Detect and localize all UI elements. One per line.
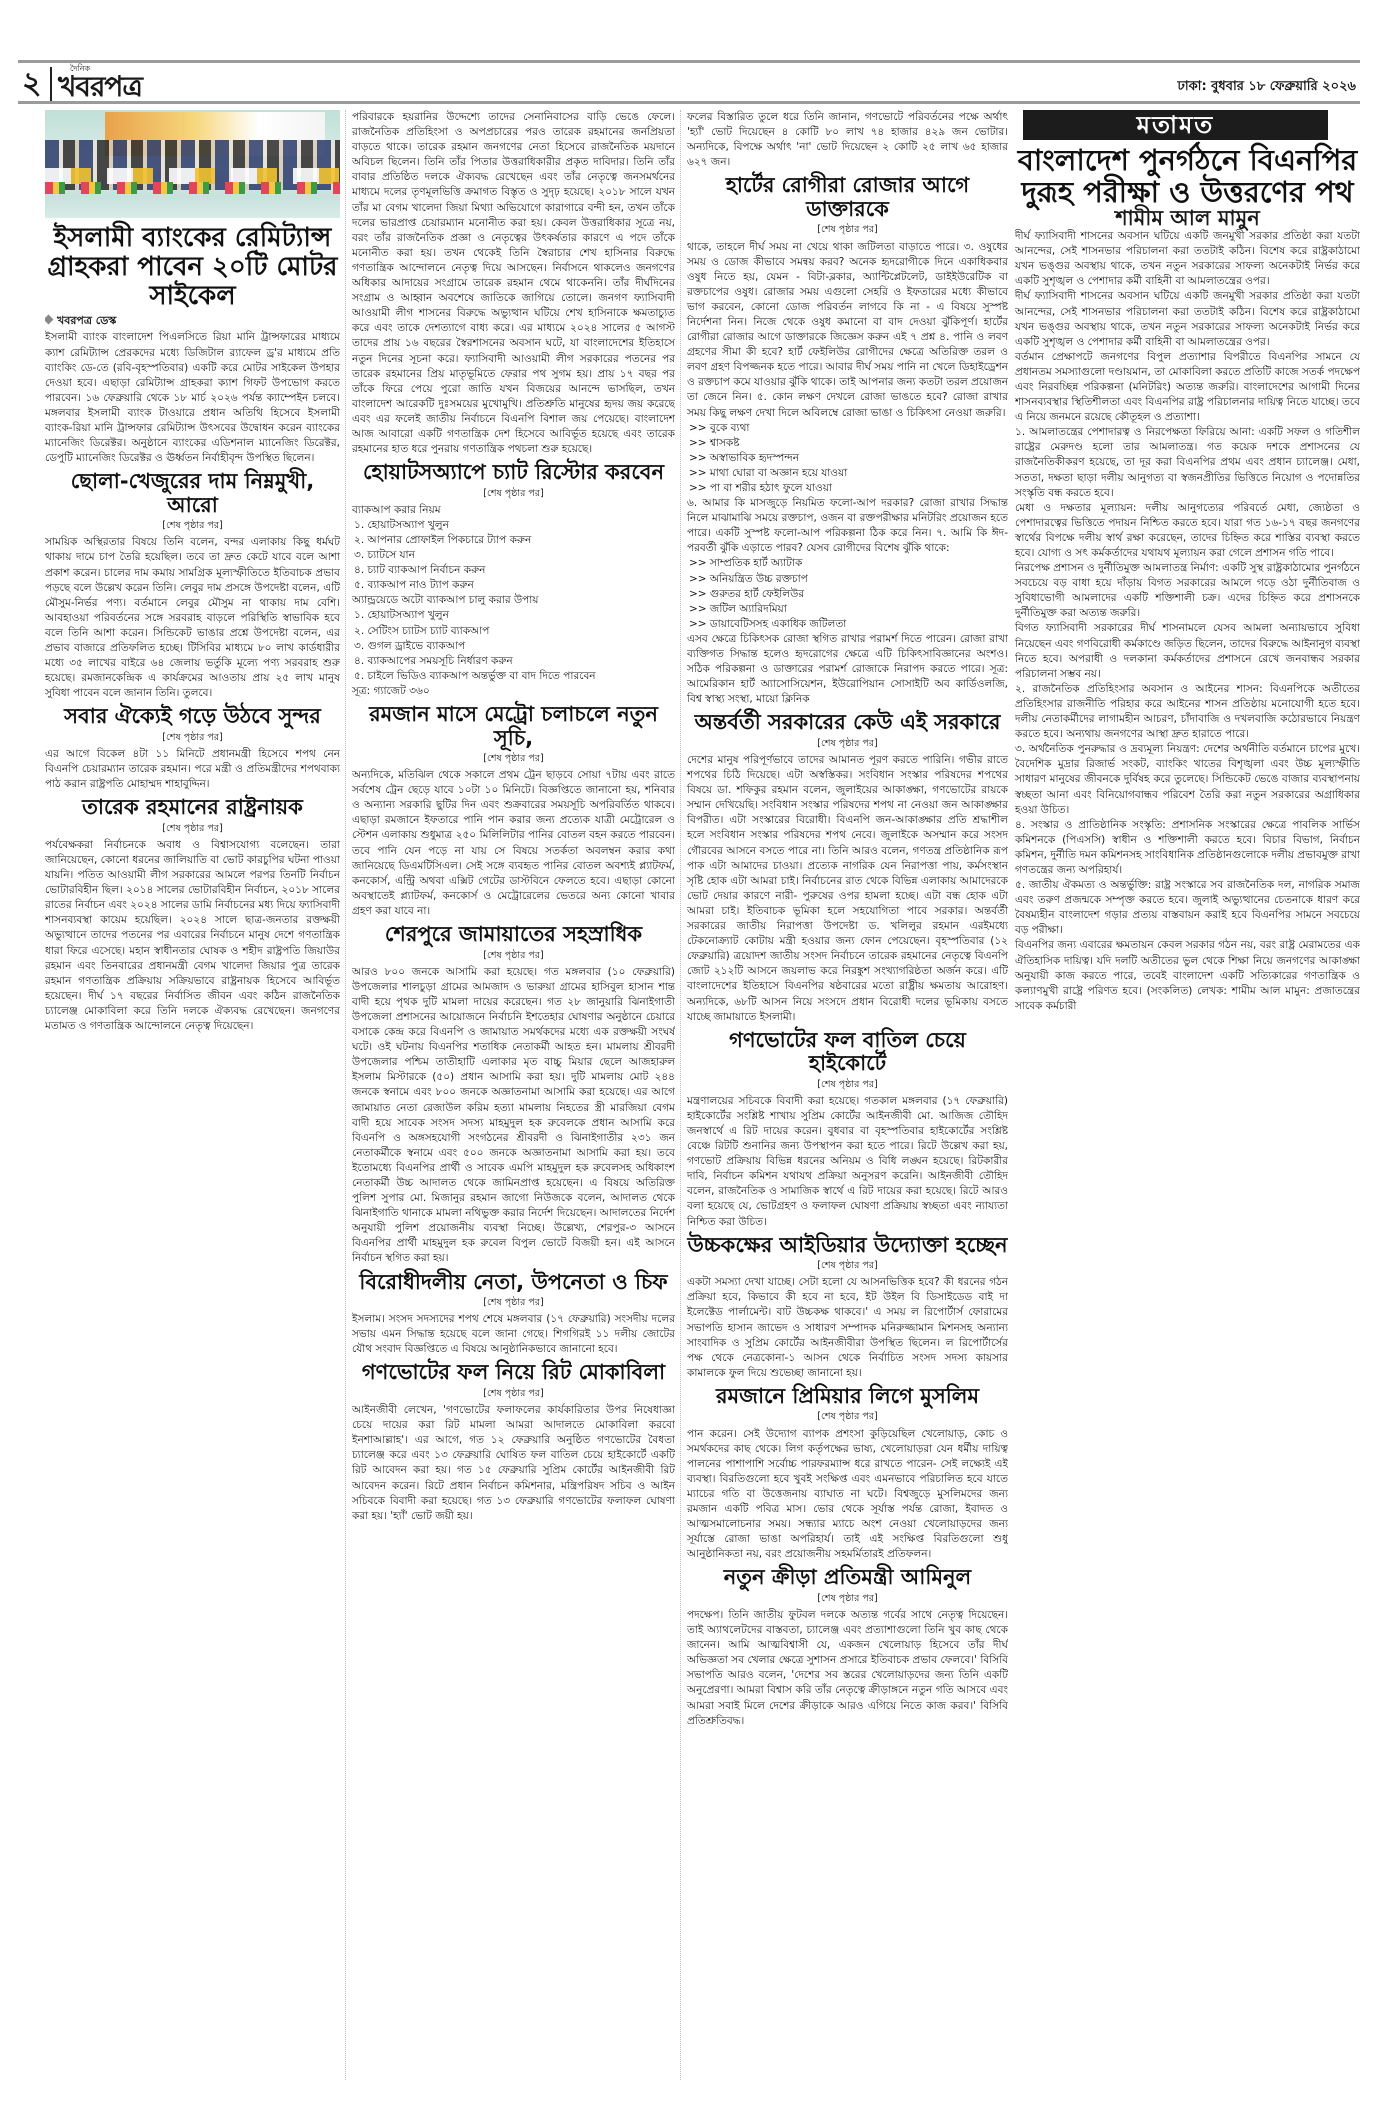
newspaper-logo[interactable]: খবরপত্র bbox=[58, 71, 142, 103]
column-2: পরিবারকে হয়রানির উদ্দেশ্যে তাদের সেনানি… bbox=[345, 110, 675, 2080]
article-body: মন্ত্রণালয়ের সচিবকে বিবাদী করা হয়েছে। … bbox=[687, 1094, 1008, 1230]
list-title: ব্যাকআপ করার নিয়ম bbox=[352, 503, 675, 518]
article-headline[interactable]: গণভোটের ফল নিয়ে রিট মোকাবিলা bbox=[352, 1361, 675, 1385]
article-headline[interactable]: হার্টের রোগীরা রোজার আগে ডাক্তারকে bbox=[687, 174, 1008, 221]
source-note: সূত্র: গ্যাজেট ৩৬০ bbox=[352, 684, 675, 699]
opinion-paragraph: ২. রাজনৈতিক প্রতিহিংসার অবসান ও আইনের শা… bbox=[1015, 682, 1360, 742]
article-body: ৬. আমার কি মাসজুড়ে নিয়মিত ফলো-আপ দরকার… bbox=[687, 496, 1008, 556]
article-body: সাময়িক অস্থিরতার বিষয়ে তিনি বলেন, বন্দ… bbox=[45, 535, 340, 701]
article-headline[interactable]: নতুন ক্রীড়া প্রতিমন্ত্রী আমিনুল bbox=[687, 1566, 1008, 1590]
column-3: ফলের বিস্তারিত তুলে ধরে তিনি জানান, গণভো… bbox=[680, 110, 1008, 2080]
continued-label: [শেষ পৃষ্ঠার পর] bbox=[352, 486, 675, 501]
opinion-paragraph: ৫. জাতীয় ঐকমত্য ও অন্তর্ভুক্তি: রাষ্ট্র… bbox=[1015, 878, 1360, 938]
news-photo[interactable] bbox=[45, 110, 340, 218]
article-sports-minister: নতুন ক্রীড়া প্রতিমন্ত্রী আমিনুল [শেষ পৃ… bbox=[687, 1566, 1008, 1728]
continued-label: [শেষ পৃষ্ঠার পর] bbox=[352, 948, 675, 963]
list-item: ১. হোয়াটসঅ্যাপ খুলুন bbox=[352, 518, 675, 533]
list-item: ৫. ব্যাকআপ নাও ট্যাপ করুন bbox=[352, 578, 675, 593]
article-body: এর আগে বিকেল ৪টা ১১ মিনিটে প্রধানমন্ত্রী… bbox=[45, 747, 340, 792]
article-headline[interactable]: উচ্চকক্ষের আইডিয়ার উদ্যোক্তা হচ্ছেন bbox=[687, 1234, 1008, 1258]
dateline: ঢাকা: বুধবার ১৮ ফেব্রুয়ারি ২০২৬ bbox=[1177, 77, 1356, 98]
article-headline[interactable]: রমজানে প্রিমিয়ার লিগে মুসলিম bbox=[687, 1385, 1008, 1409]
article-opposition-leader: বিরোধীদলীয় নেতা, উপনেতা ও চিফ [শেষ পৃষ্… bbox=[352, 1271, 675, 1358]
list-item: ৪. ব্যাকআপের সময়সূচি নির্ধারণ করুন bbox=[352, 654, 675, 669]
list-item: ৩. চ্যাটসে যান bbox=[352, 548, 675, 563]
continued-body: ফলের বিস্তারিত তুলে ধরে তিনি জানান, গণভো… bbox=[687, 110, 1008, 170]
continued-label: [শেষ পৃষ্ঠার পর] bbox=[687, 1409, 1008, 1424]
opinion-paragraph: মেধা ও দক্ষতার মূল্যায়ন: দলীয় আনুগত্যে… bbox=[1015, 501, 1360, 561]
masthead: ২ দৈনিক খবরপত্র ঢাকা: বুধবার ১৮ ফেব্রুয়… bbox=[18, 60, 1360, 104]
list-item: >> মাথা ঘোরা বা অজ্ঞান হয়ে যাওয়া bbox=[687, 466, 1008, 481]
article-referendum-writ: গণভোটের ফল নিয়ে রিট মোকাবিলা [শেষ পৃষ্ঠ… bbox=[352, 1361, 675, 1523]
article-premier-league: রমজানে প্রিমিয়ার লিগে মুসলিম [শেষ পৃষ্ঠ… bbox=[687, 1385, 1008, 1562]
article-body: আরও ৮০০ জনকে আসামি করা হয়েছে। গত মঙ্গলব… bbox=[352, 965, 675, 1267]
continued-label: [শেষ পৃষ্ঠার পর] bbox=[352, 751, 675, 766]
article-body: পদক্ষেপ। তিনি জাতীয় ফুটবল দলকে অত্যন্ত … bbox=[687, 1608, 1008, 1729]
article-body: একটা সমস্যা দেখা যাচ্ছে। সেটা হলো যে আসন… bbox=[687, 1275, 1008, 1381]
article-headline[interactable]: ছোলা-খেজুরের দাম নিম্নমুখী, আরো bbox=[45, 470, 340, 517]
continued-label: [শেষ পৃষ্ঠার পর] bbox=[352, 1386, 675, 1401]
article-headline[interactable]: রমজান মাসে মেট্রো চলাচলে নতুন সূচি, bbox=[352, 703, 675, 750]
byline-text: খবরপত্র ডেস্ক bbox=[57, 314, 116, 327]
article-body: এসব ক্ষেত্রে চিকিৎসক রোজা স্থগিত রাখার প… bbox=[687, 632, 1008, 707]
page-number: ২ bbox=[22, 67, 42, 101]
article-heart-patients: হার্টের রোগীরা রোজার আগে ডাক্তারকে [শেষ … bbox=[687, 174, 1008, 707]
article-highcourt-referendum: গণভোটের ফল বাতিল চেয়ে হাইকোর্টে [শেষ পৃ… bbox=[687, 1029, 1008, 1230]
opinion-paragraph: ১. আমলাতন্ত্রের পেশাদারত্ব ও নিরপেক্ষতা … bbox=[1015, 425, 1360, 500]
article-headline[interactable]: হোয়াটসঅ্যাপে চ্যাট রিস্টোর করবেন bbox=[352, 461, 675, 485]
list-title: অ্যান্ড্রয়েডে অটো ব্যাকআপ চালু করার উপা… bbox=[352, 593, 675, 608]
article-headline[interactable]: গণভোটের ফল বাতিল চেয়ে হাইকোর্টে bbox=[687, 1029, 1008, 1076]
opinion-paragraph: নিরপেক্ষ প্রশাসন ও দুর্নীতিমুক্ত আমলাতন্… bbox=[1015, 561, 1360, 621]
article-headline[interactable]: বিরোধীদলীয় নেতা, উপনেতা ও চিফ bbox=[352, 1271, 675, 1295]
list-item: ১. হোয়াটসঅ্যাপ খুলুন bbox=[352, 608, 675, 623]
opinion-paragraph: বিএনপির জন্য এবারের ক্ষমতায়ন কেবল সরকার… bbox=[1015, 938, 1360, 1013]
list-item: >> ডায়াবেটিসসহ একাধিক জটিলতা bbox=[687, 617, 1008, 632]
list-item: ৫. চাইলে ভিডিও ব্যাকআপ অন্তর্ভুক্ত বা বা… bbox=[352, 669, 675, 684]
list-item: ৩. গুগল ড্রাইভে ব্যাকআপ bbox=[352, 639, 675, 654]
opinion-headline[interactable]: বাংলাদেশ পুনর্গঠনে বিএনপির দুরূহ পরীক্ষা… bbox=[1015, 144, 1360, 209]
list-item: >> অস্বাভাবিক হৃদস্পন্দন bbox=[687, 451, 1008, 466]
list-item: >> অনিয়ন্ত্রিত উচ্চ রক্তচাপ bbox=[687, 572, 1008, 587]
author-name: শামীম আল মামুন bbox=[1015, 211, 1360, 226]
opinion-section-banner: মতামত bbox=[1023, 110, 1328, 140]
article-body: দেশের মানুষ পরিপূর্ণভাবে তাদের আমানত পূর… bbox=[687, 753, 1008, 1025]
list-item: >> গুরুতর হার্ট ফেইলিউর bbox=[687, 587, 1008, 602]
continued-label: [শেষ পৃষ্ঠার পর] bbox=[687, 1591, 1008, 1606]
opinion-paragraph: ৩. অর্থনৈতিক পুনরুদ্ধার ও দ্রব্যমূল্য নি… bbox=[1015, 742, 1360, 817]
continued-label: [শেষ পৃষ্ঠার পর] bbox=[352, 1295, 675, 1310]
article-metro-ramadan: রমজান মাসে মেট্রো চলাচলে নতুন সূচি, [শেষ… bbox=[352, 703, 675, 919]
article-body: আইনজীবী লেখেন, 'গণভোটের ফলাফলের কার্যকার… bbox=[352, 1403, 675, 1524]
list-item: >> পা বা শরীর হঠাৎ ফুলে যাওয়া bbox=[687, 481, 1008, 496]
opinion-paragraph: ৪. সংস্কার ও প্রাতিষ্ঠানিক সংস্কৃতি: প্র… bbox=[1015, 818, 1360, 878]
article-sobar-oikko: সবার ঐক্যেই গড়ে উঠবে সুন্দর [শেষ পৃষ্ঠা… bbox=[45, 705, 340, 792]
article-headline[interactable]: অন্তর্বর্তী সরকারের কেউ এই সরকারে bbox=[687, 711, 1008, 735]
continued-label: [শেষ পৃষ্ঠার পর] bbox=[687, 1077, 1008, 1092]
byline: খবরপত্র ডেস্ক bbox=[45, 313, 340, 328]
list-item: ২. সেটিংস চ্যাটস চ্যাট ব্যাকআপ bbox=[352, 624, 675, 639]
lead-body: ইসলামী ব্যাংক বাংলাদেশ পিএলসিতে রিয়া মা… bbox=[45, 330, 340, 466]
article-body: থাকে, তাহলে দীর্ঘ সময় না খেয়ে থাকা জটি… bbox=[687, 240, 1008, 421]
article-headline[interactable]: তারেক রহমানের রাষ্ট্রনায়ক bbox=[45, 796, 340, 820]
opinion-paragraph: বর্তমান প্রেক্ষাপটে জনগণের বিপুল প্রত্যা… bbox=[1015, 350, 1360, 425]
lead-headline[interactable]: ইসলামী ব্যাংকের রেমিট্যান্স গ্রাহকরা পাব… bbox=[45, 224, 340, 311]
continued-label: [শেষ পৃষ্ঠার পর] bbox=[687, 222, 1008, 237]
article-sherpur: শেরপুরে জামায়াতের সহস্রাধিক [শেষ পৃষ্ঠা… bbox=[352, 923, 675, 1266]
opinion-paragraph: দীর্ঘ ফ্যাসিবাদী শাসনের অবসান ঘটিয়ে একট… bbox=[1015, 289, 1360, 349]
article-chola-khejur: ছোলা-খেজুরের দাম নিম্নমুখী, আরো [শেষ পৃষ… bbox=[45, 470, 340, 701]
list-item: >> সাম্প্রতিক হার্ট অ্যাটাক bbox=[687, 556, 1008, 571]
article-interim-govt: অন্তর্বর্তী সরকারের কেউ এই সরকারে [শেষ প… bbox=[687, 711, 1008, 1024]
article-headline[interactable]: শেরপুরে জামায়াতের সহস্রাধিক bbox=[352, 923, 675, 947]
continued-label: [শেষ পৃষ্ঠার পর] bbox=[45, 821, 340, 836]
article-body: পান করেন। সেই উদ্যোগ ব্যাপক প্রশংসা কুড়… bbox=[687, 1427, 1008, 1563]
article-body: অন্যদিকে, মতিঝিল থেকে সকালে প্রথম ট্রেন … bbox=[352, 768, 675, 919]
article-headline[interactable]: সবার ঐক্যেই গড়ে উঠবে সুন্দর bbox=[45, 705, 340, 729]
list-item: >> বুকে ব্যথা bbox=[687, 421, 1008, 436]
list-item: ২. আপনার প্রোফাইল পিকচারে ট্যাপ করুন bbox=[352, 533, 675, 548]
continued-label: [শেষ পৃষ্ঠার পর] bbox=[687, 736, 1008, 751]
article-upper-house: উচ্চকক্ষের আইডিয়ার উদ্যোক্তা হচ্ছেন [শে… bbox=[687, 1234, 1008, 1381]
article-whatsapp: হোয়াটসঅ্যাপে চ্যাট রিস্টোর করবেন [শেষ প… bbox=[352, 461, 675, 699]
article-body: পর্যবেক্ষকরা নির্বাচনকে অবাধ ও বিশ্বাসযো… bbox=[45, 838, 340, 1034]
list-item: ৪. চ্যাট ব্যাকআপ নির্বাচন করুন bbox=[352, 563, 675, 578]
photo-flowers bbox=[45, 182, 340, 194]
opinion-paragraph: বিগত ফ্যাসিবাদী সরকারের দীর্ঘ শাসনামলে য… bbox=[1015, 621, 1360, 681]
masthead-divider bbox=[50, 67, 52, 101]
opinion-column: মতামত বাংলাদেশ পুনর্গঠনে বিএনপির দুরূহ প… bbox=[1015, 110, 1360, 2045]
diamond-bullet-icon bbox=[45, 315, 53, 325]
opinion-paragraph: দীর্ঘ ফ্যাসিবাদী শাসনের অবসান ঘটিয়ে একট… bbox=[1015, 229, 1360, 289]
continued-label: [শেষ পৃষ্ঠার পর] bbox=[45, 518, 340, 533]
article-body: ইসলাম। সংসদ সদস্যদের শপথ শেষে মঙ্গলবার (… bbox=[352, 1312, 675, 1357]
column-1: ইসলামী ব্যাংকের রেমিট্যান্স গ্রাহকরা পাব… bbox=[45, 110, 340, 2080]
continued-label: [শেষ পৃষ্ঠার পর] bbox=[687, 1258, 1008, 1273]
continued-body: পরিবারকে হয়রানির উদ্দেশ্যে তাদের সেনানি… bbox=[352, 110, 675, 457]
list-item: >> শ্বাসকষ্ট bbox=[687, 436, 1008, 451]
continued-label: [শেষ পৃষ্ঠার পর] bbox=[45, 730, 340, 745]
list-item: >> জটিল অ্যারিদমিয়া bbox=[687, 602, 1008, 617]
article-tarek-rashtronayok: তারেক রহমানের রাষ্ট্রনায়ক [শেষ পৃষ্ঠার … bbox=[45, 796, 340, 1034]
